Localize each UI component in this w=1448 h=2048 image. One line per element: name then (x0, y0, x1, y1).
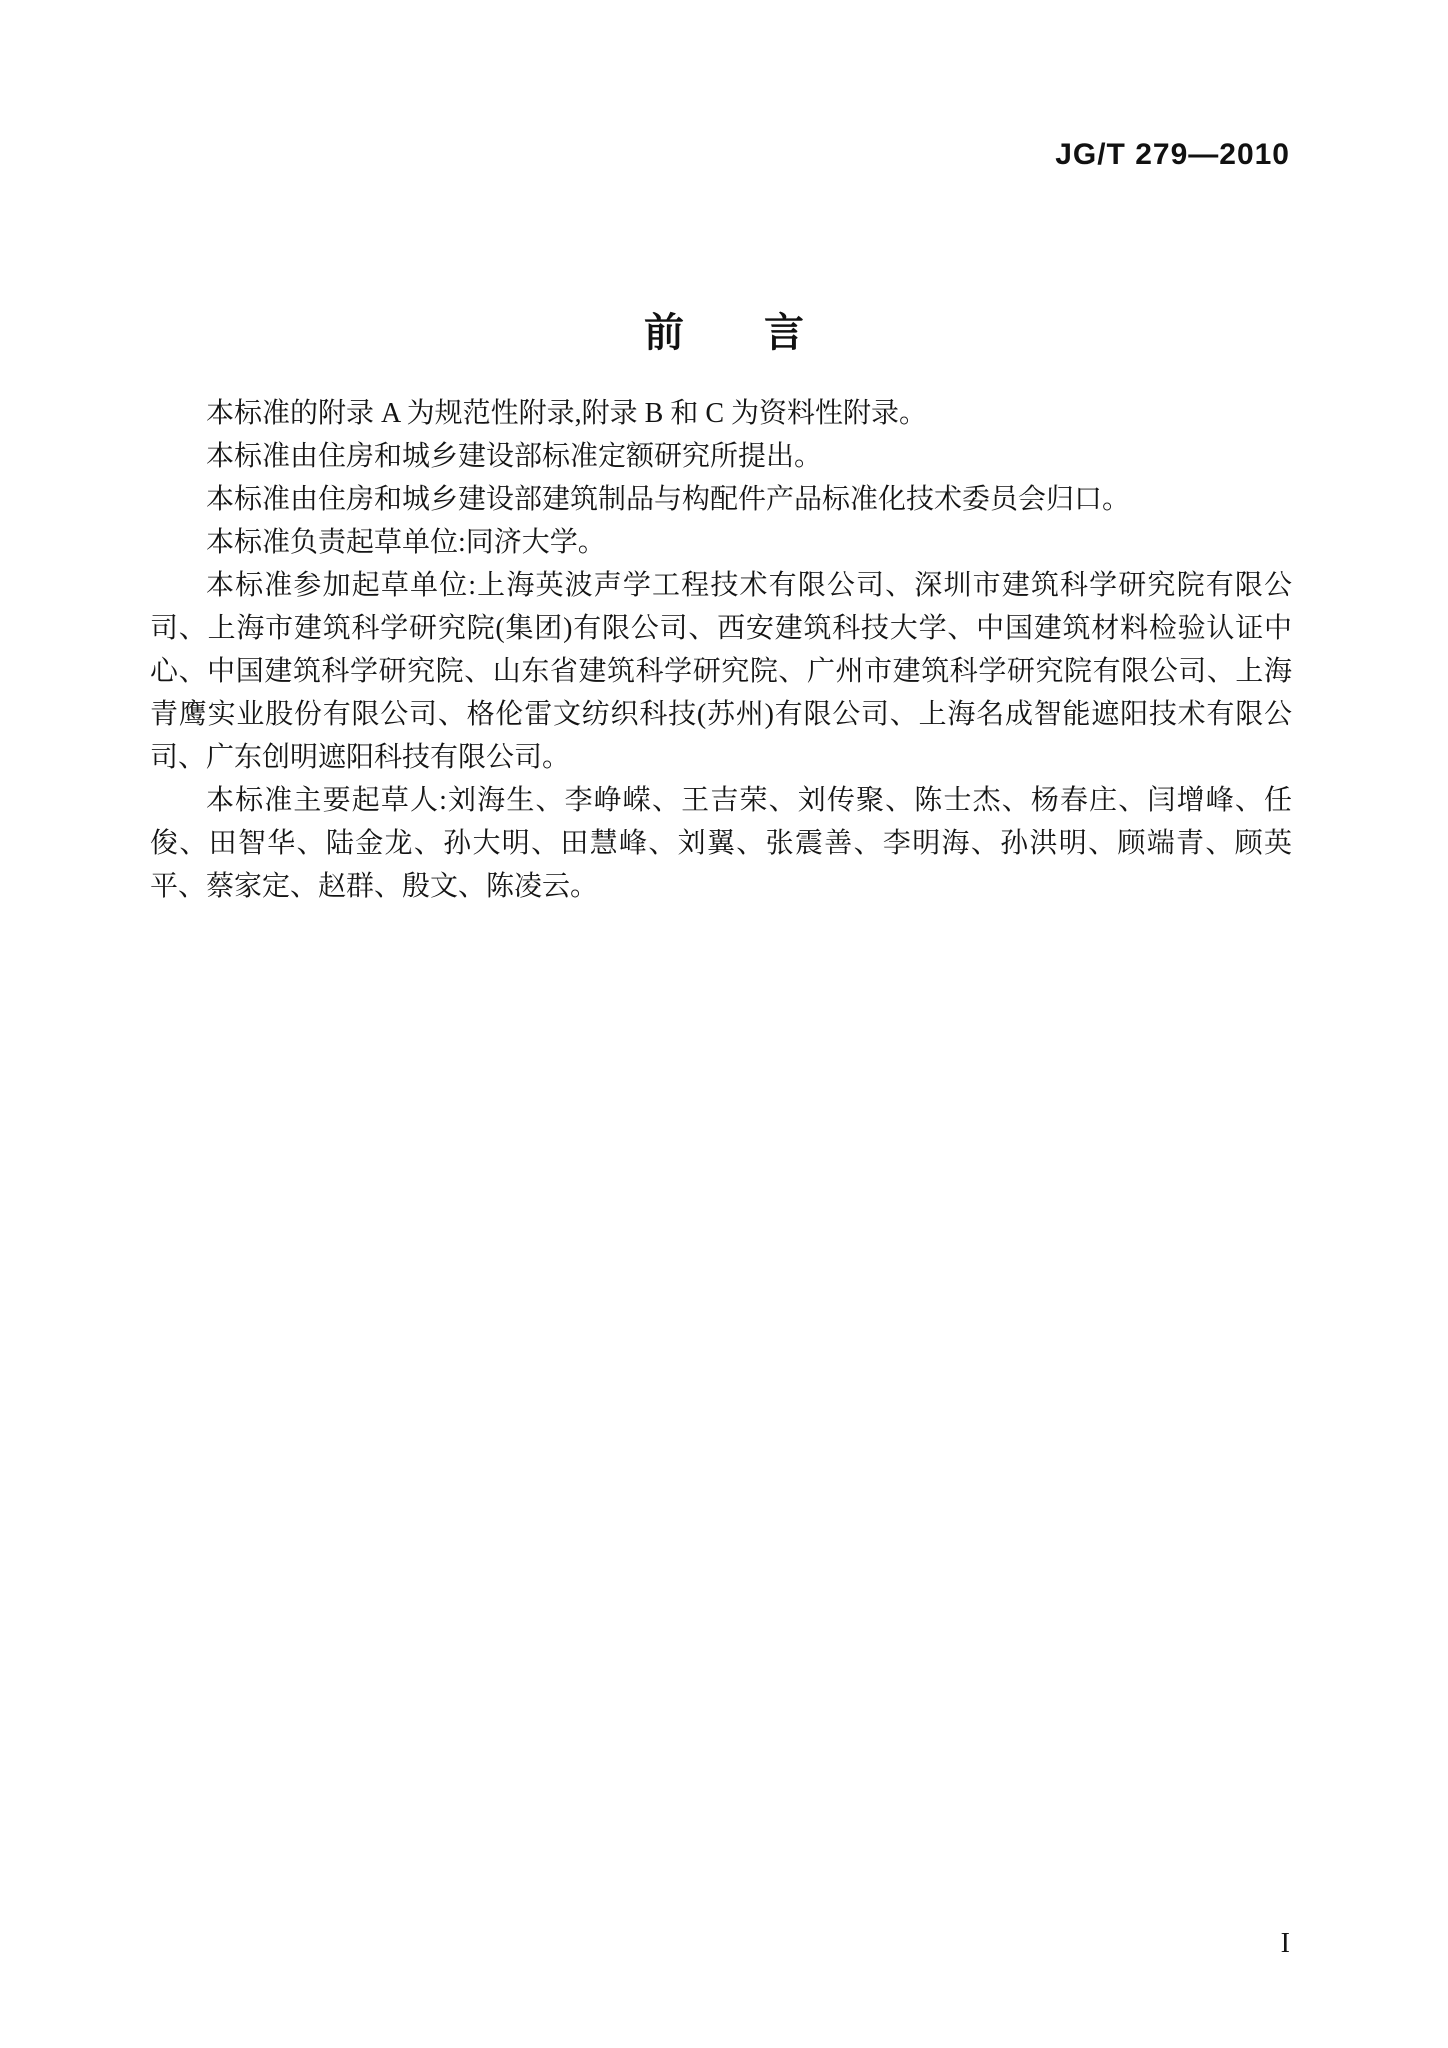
standard-code-header: JG/T 279—2010 (150, 138, 1290, 172)
page-number: I (150, 1928, 1290, 1960)
document-page: JG/T 279—2010 前 言 本标准的附录 A 为规范性附录,附录 B 和… (0, 0, 1448, 2048)
paragraph-participating-organizations: 本标准参加起草单位:上海英波声学工程技术有限公司、深圳市建筑科学研究院有限公司、… (150, 564, 1292, 779)
paragraph-chief-drafters: 本标准主要起草人:刘海生、李峥嵘、王吉荣、刘传聚、陈士杰、杨春庄、闫增峰、任俊、… (150, 779, 1292, 908)
paragraph-appendix-note: 本标准的附录 A 为规范性附录,附录 B 和 C 为资料性附录。 (150, 392, 1292, 435)
page-title: 前 言 (0, 301, 1448, 358)
foreword-body: 本标准的附录 A 为规范性附录,附录 B 和 C 为资料性附录。 本标准由住房和… (150, 392, 1292, 908)
paragraph-proposed-by: 本标准由住房和城乡建设部标准定额研究所提出。 (150, 435, 1292, 478)
paragraph-centralized-by: 本标准由住房和城乡建设部建筑制品与构配件产品标准化技术委员会归口。 (150, 478, 1292, 521)
paragraph-chief-drafting-organization: 本标准负责起草单位:同济大学。 (150, 521, 1292, 564)
